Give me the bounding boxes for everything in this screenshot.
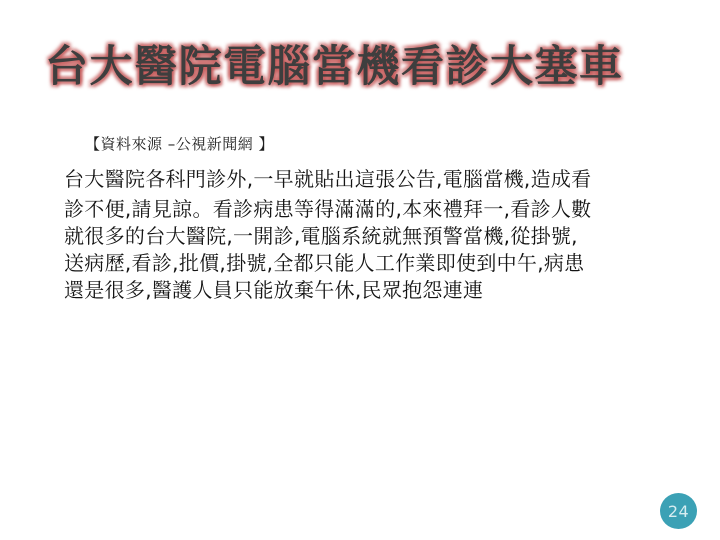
- body-line: 就很多的台大醫院,一開診,電腦系統就無預警當機,從掛號,: [64, 223, 591, 250]
- presentation-slide: 台大醫院電腦當機看診大塞車 【資料來源 –公視新聞網 】 台大醫院各科門診外,一…: [0, 0, 720, 540]
- body-line: 台大醫院各科門診外,一早就貼出這張公告,電腦當機,造成看: [64, 166, 591, 193]
- slide-title: 台大醫院電腦當機看診大塞車: [45, 44, 624, 91]
- page-number: 24: [668, 502, 689, 521]
- body-line: 還是很多,醫護人員只能放棄午休,民眾抱怨連連: [64, 277, 591, 304]
- source-caption: 【資料來源 –公視新聞網 】: [85, 133, 274, 154]
- body-text-block: 台大醫院各科門診外,一早就貼出這張公告,電腦當機,造成看 診不便,請見諒。看診病…: [64, 166, 591, 304]
- page-number-badge: 24: [660, 493, 697, 529]
- body-line: 診不便,請見諒。看診病患等得滿滿的,本來禮拜一,看診人數: [64, 196, 591, 223]
- body-line: 送病歷,看診,批價,掛號,全都只能人工作業即使到中午,病患: [64, 250, 591, 277]
